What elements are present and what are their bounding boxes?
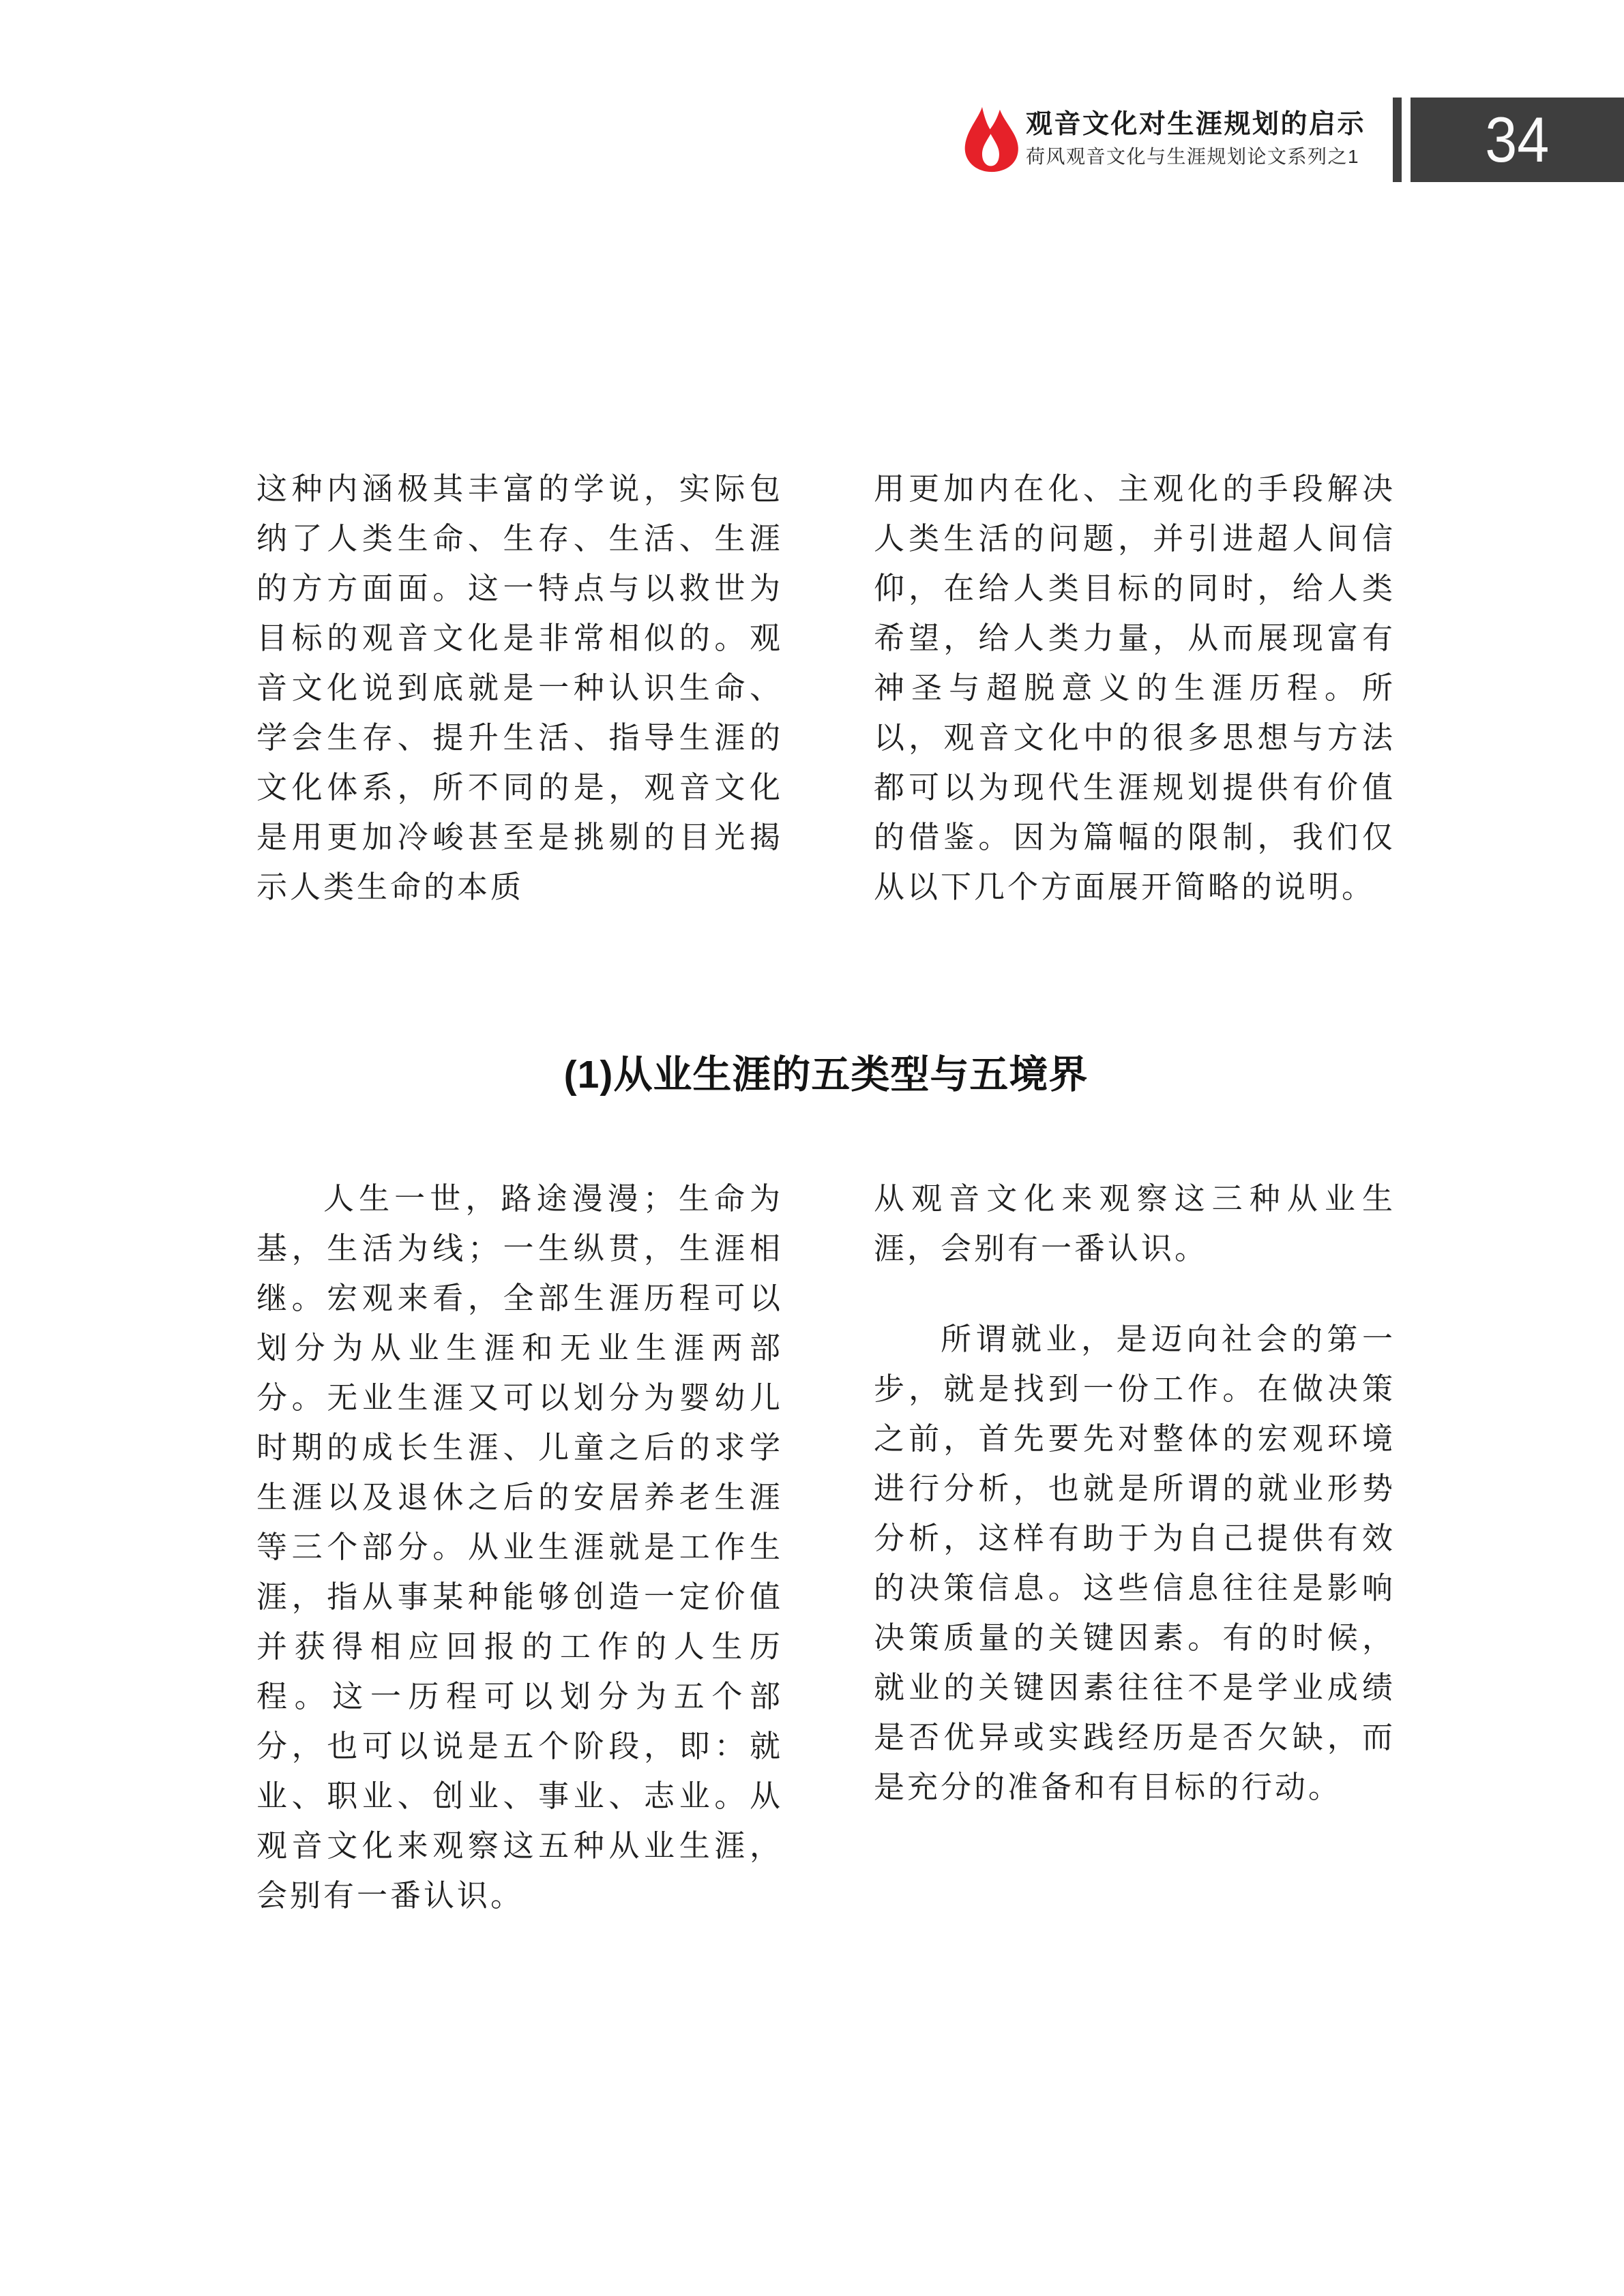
header-title-block: 观音文化对生涯规划的启示 荷风观音文化与生涯规划论文系列之1: [1026, 110, 1394, 168]
paragraph: 所谓就业，是迈向社会的第一步，就是找到一份工作。在做决策之前，首先要先对整体的宏…: [874, 1315, 1396, 1813]
section-heading: (1)从业生涯的五类型与五境界: [256, 1049, 1396, 1101]
paragraph: 从观音文化来观察这三种从业生涯，会别有一番认识。: [874, 1174, 1396, 1274]
page-number: 34: [1485, 108, 1549, 172]
header-divider: [1393, 98, 1402, 182]
section2-left-column: 人生一世，路途漫漫；生命为基，生活为线；一生纵贯，生涯相继。宏观来看，全部生涯历…: [256, 1174, 783, 1921]
column-gutter: [783, 464, 874, 912]
section1-right-column: 用更加内在化、主观化的手段解决人类生活的问题，并引进超人间信仰，在给人类目标的同…: [874, 464, 1396, 912]
column-gutter: [783, 1174, 874, 1921]
section1-columns: 这种内涵极其丰富的学说，实际包纳了人类生命、生存、生活、生涯的方方面面。这一特点…: [256, 464, 1396, 912]
paragraph: 这种内涵极其丰富的学说，实际包纳了人类生命、生存、生活、生涯的方方面面。这一特点…: [256, 464, 783, 912]
document-page: 观音文化对生涯规划的启示 荷风观音文化与生涯规划论文系列之1 34 这种内涵极其…: [0, 0, 1624, 2296]
section2-columns: 人生一世，路途漫漫；生命为基，生活为线；一生纵贯，生涯相继。宏观来看，全部生涯历…: [256, 1174, 1396, 1921]
section1-left-column: 这种内涵极其丰富的学说，实际包纳了人类生命、生存、生活、生涯的方方面面。这一特点…: [256, 464, 783, 912]
page-number-badge: 34: [1411, 98, 1624, 182]
paragraph: 人生一世，路途漫漫；生命为基，生活为线；一生纵贯，生涯相继。宏观来看，全部生涯历…: [256, 1174, 783, 1921]
section2-right-column: 从观音文化来观察这三种从业生涯，会别有一番认识。 所谓就业，是迈向社会的第一步，…: [874, 1174, 1396, 1921]
flame-drop-logo-icon: [958, 106, 1022, 173]
page-subtitle: 荷风观音文化与生涯规划论文系列之1: [1026, 146, 1394, 168]
paragraph: 用更加内在化、主观化的手段解决人类生活的问题，并引进超人间信仰，在给人类目标的同…: [874, 464, 1396, 912]
page-title: 观音文化对生涯规划的启示: [1026, 110, 1394, 140]
